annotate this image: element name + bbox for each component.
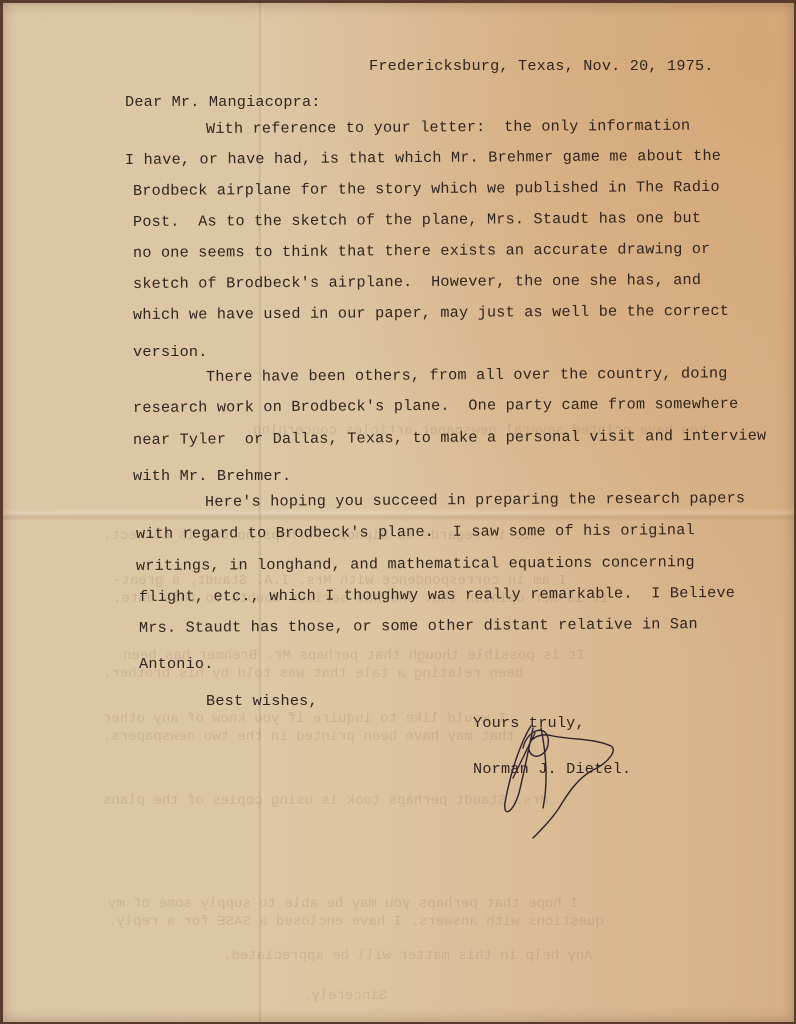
body-line: writings, in longhand, and mathematical …: [136, 553, 695, 575]
body-line: version.: [133, 343, 208, 361]
bleed-through-text: Sincerely,: [303, 988, 387, 1004]
salutation: Dear Mr. Mangiacopra:: [125, 93, 321, 111]
letter-paper: You have printed several newspaper artic…: [3, 3, 794, 1022]
body-line: research work on Brodbeck's plane. One p…: [133, 395, 739, 417]
body-line: I have, or have had, is that which Mr. B…: [125, 147, 721, 169]
body-line: no one seems to think that there exists …: [133, 240, 711, 262]
bleed-through-text: that may have been printed in the two ne…: [103, 729, 515, 745]
body-line: Mrs. Staudt has those, or some other dis…: [139, 615, 698, 637]
bleed-through-text: I would like to inquire if you know of a…: [103, 711, 506, 727]
body-line: near Tyler or Dallas, Texas, to make a p…: [133, 427, 766, 449]
body-line: Brodbeck airplane for the story which we…: [133, 178, 720, 200]
bleed-through-text: I hope that perhaps you may be able to s…: [108, 896, 578, 912]
body-line: with regard to Brodbeck's plane. I saw s…: [136, 521, 695, 543]
body-line: which we have used in our paper, may jus…: [133, 302, 729, 324]
body-line: with Mr. Brehmer.: [133, 467, 291, 485]
bleed-through-text: Any help in this matter will be apprecia…: [223, 948, 593, 964]
body-line: There have been others, from all over th…: [206, 364, 728, 386]
body-line: sketch of Brodbeck's airplane. However, …: [133, 271, 701, 293]
body-line: Post. As to the sketch of the plane, Mrs…: [133, 209, 701, 231]
body-line: Here's hoping you succeed in preparing t…: [205, 489, 745, 511]
handwritten-signature: [493, 708, 633, 848]
body-line: flight, etc., which I thoughwy was reall…: [139, 584, 735, 606]
bleed-through-text: Mrs. Staudt perhaps took is using copies…: [103, 793, 548, 809]
body-line: With reference to your letter: the only …: [206, 117, 690, 138]
closing: Best wishes,: [206, 692, 318, 710]
place-and-date: Fredericksburg, Texas, Nov. 20, 1975.: [369, 57, 714, 75]
body-line: Antonio.: [139, 655, 214, 673]
bleed-through-text: questions with answers. I have enclosed …: [108, 914, 604, 930]
